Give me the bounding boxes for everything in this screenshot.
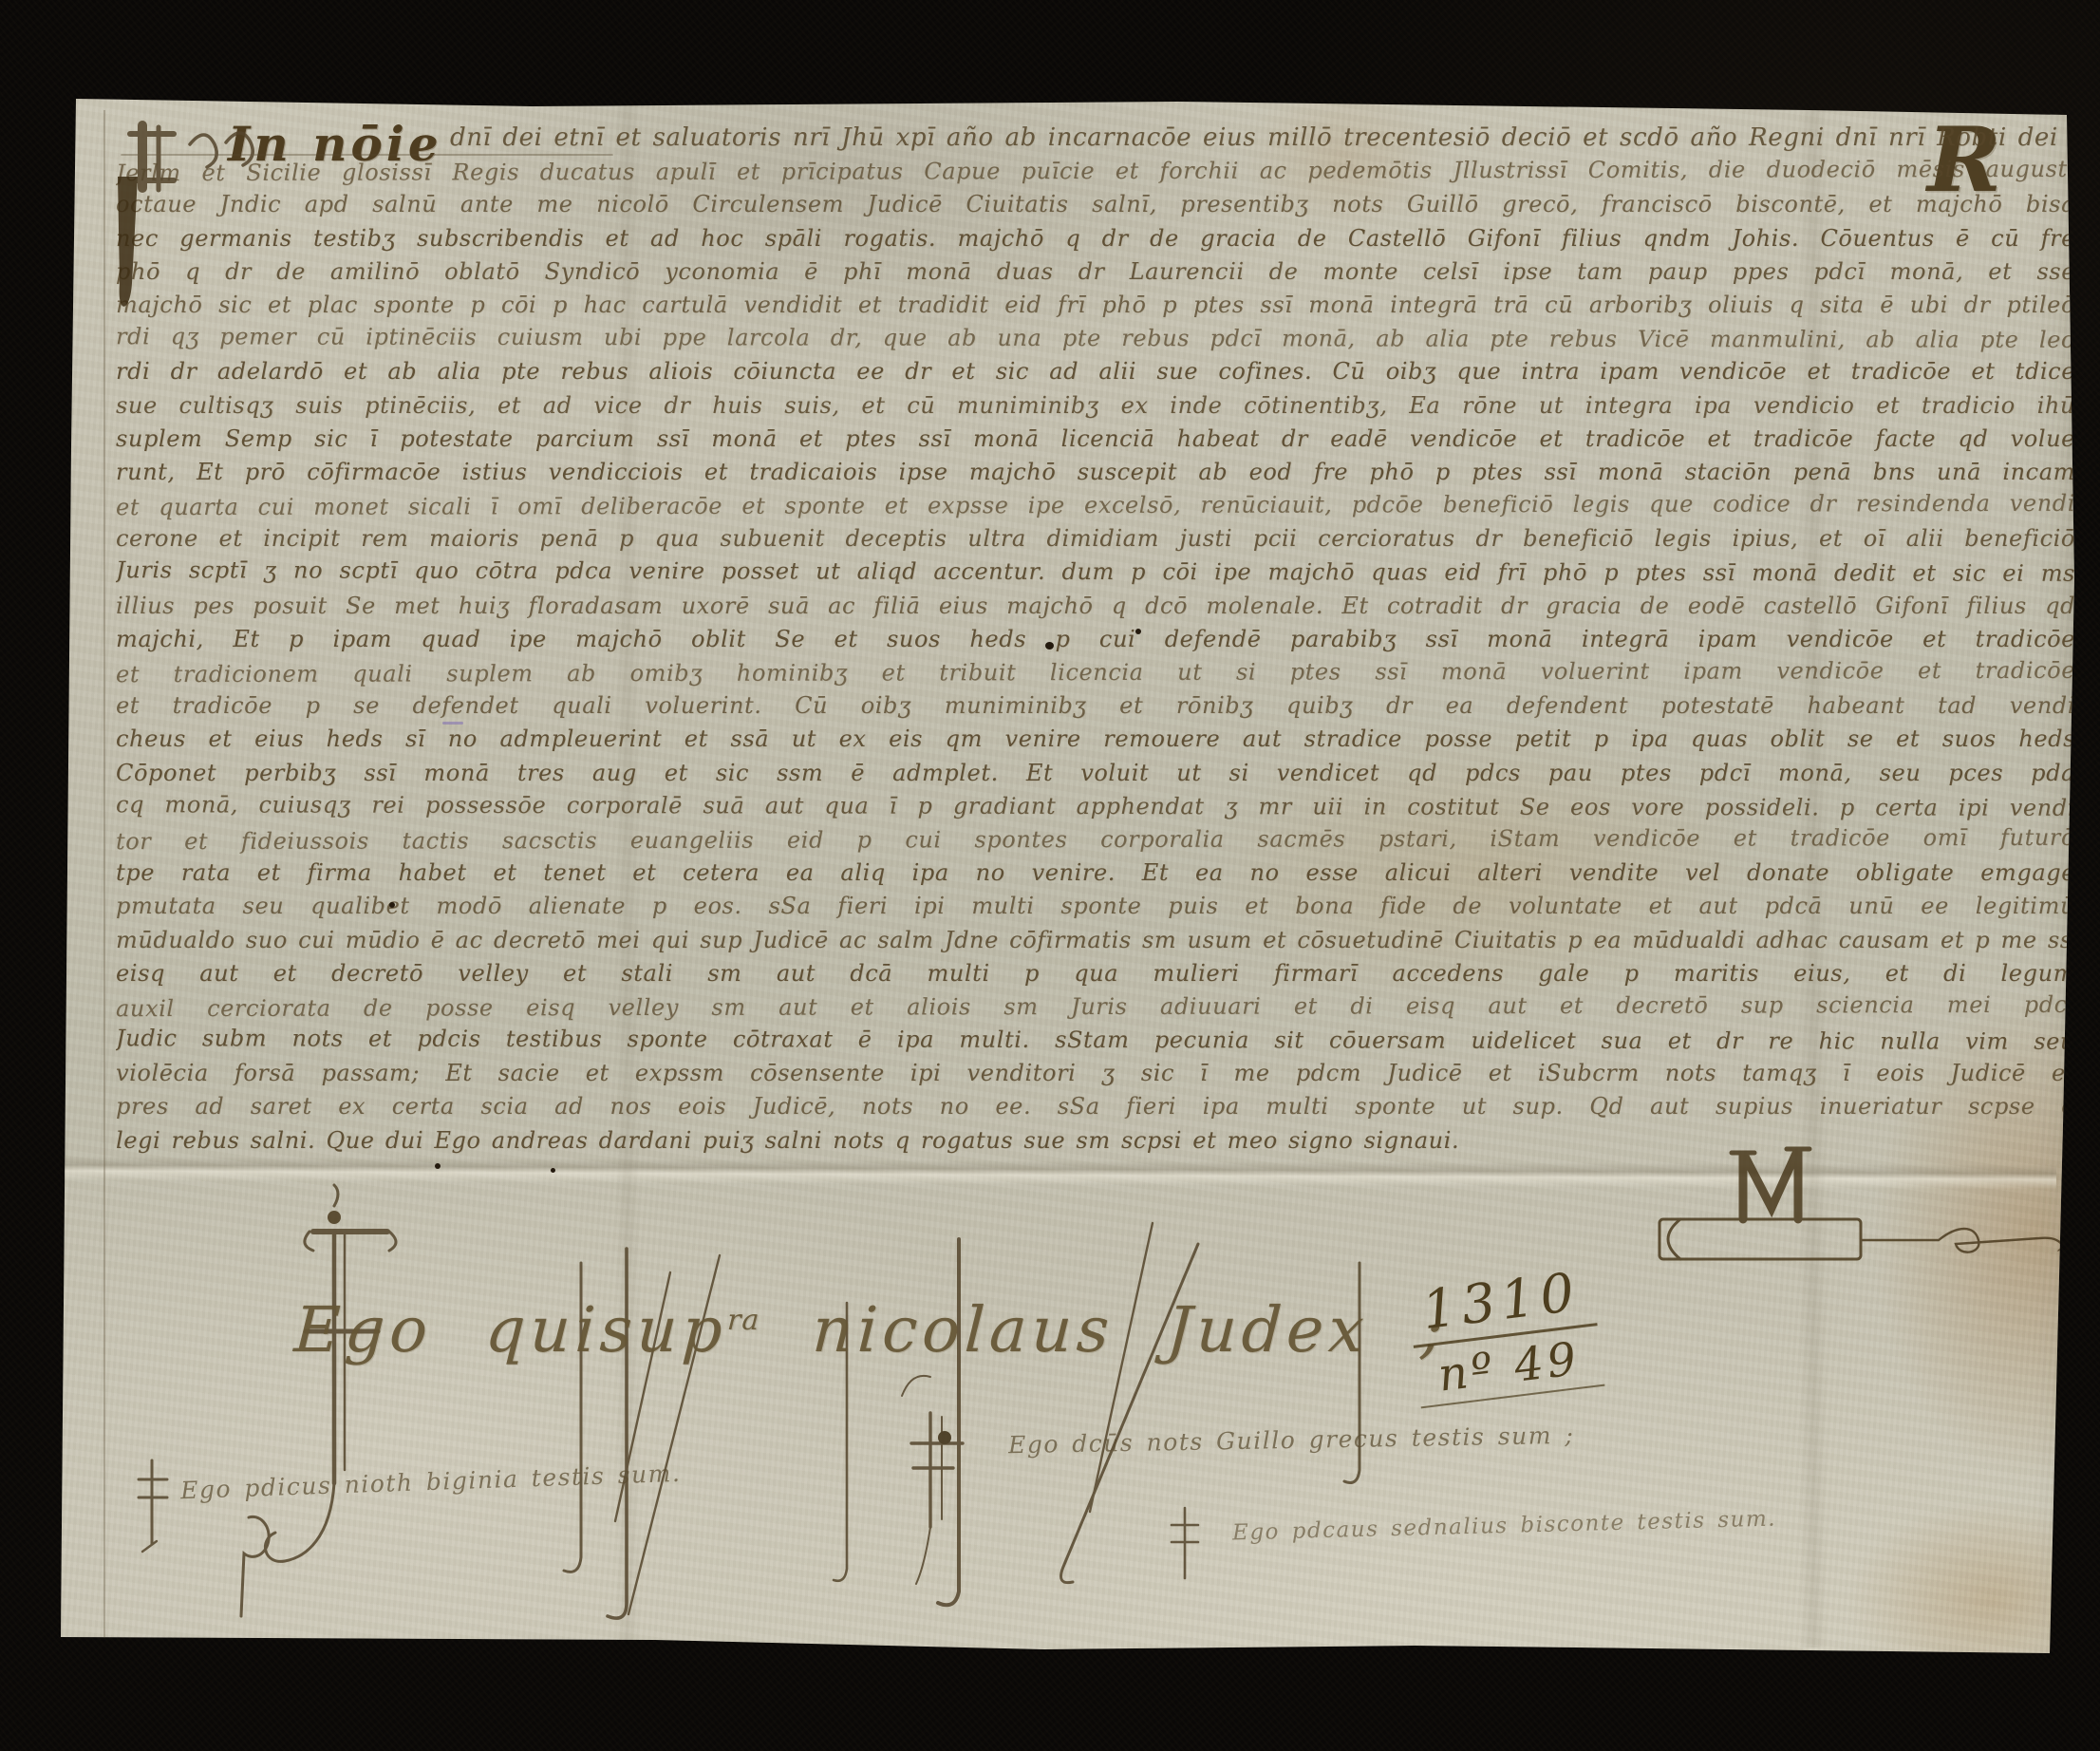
charter-line: Cōponet perbibʒ ssī monā tres aug et sic… — [116, 757, 2075, 790]
charter-line: suplem Semp sic ī potestate parcium ssī … — [116, 423, 2075, 456]
left-margin-ruling — [103, 110, 105, 1639]
charter-line: Judic subm nots et pdcis testibus sponte… — [116, 1022, 2075, 1059]
charter-line: et quarta cui monet sicali ī omī deliber… — [116, 487, 2075, 525]
charter-line: Juris scptī ʒ no scptī quo cōtra pdca ve… — [116, 555, 2075, 592]
charter-line: majchō sic et plac sponte p cōi p hac ca… — [116, 289, 2075, 322]
judge-subscription: Ego quisupra nicolaus Judex ; — [292, 1293, 1450, 1366]
charter-line: eisq aut et decretō velley et stali sm a… — [116, 957, 2075, 990]
judge-subscription-part1: Ego quisup — [292, 1293, 729, 1366]
charter-line: cerone et incipit rem maioris penā p qua… — [116, 522, 2075, 555]
charter-line: tor et fideiussois tactis sacsctis euang… — [116, 821, 2075, 859]
ink-blot — [389, 902, 395, 908]
charter-line: rdi dr adelardō et ab alia pte rebus ali… — [116, 355, 2075, 388]
charter-line: pres ad saret ex certa scia ad nos eois … — [116, 1090, 2075, 1123]
charter-line: illius pes posuit Se met huiʒ floradasam… — [116, 590, 2075, 623]
charter-line: violēcia forsā passam; Et sacie et expss… — [116, 1057, 2075, 1090]
charter-line: sue cultisqʒ suis ptinēciis, et ad vice … — [116, 389, 2075, 423]
violet-mark — [442, 722, 463, 725]
ink-blot — [435, 1163, 441, 1169]
charter-line: rdi qʒ pemer cū iptinēciis cuiusm ubi pp… — [116, 320, 2075, 357]
charter-line: legi rebus salni. Que dui Ego andreas da… — [116, 1124, 2075, 1158]
ink-blot — [551, 1168, 555, 1173]
judge-subscription-part2: nicolaus Judex ; — [811, 1293, 1450, 1366]
charter-line: Jerlm et Sicilie glosissī Regis ducatus … — [116, 153, 2075, 191]
ink-blot — [1135, 629, 1141, 634]
charter-line: mūdualdo suo cui mūdio ē ac decretō mei … — [116, 924, 2075, 957]
charter-line: cheus et eius heds sī no admpleuerint et… — [116, 723, 2075, 756]
charter-line: dnī dei etnī et saluatoris nrī Jhū xpī a… — [116, 122, 2075, 155]
charter-line: tpe rata et firma habet et tenet et cete… — [116, 857, 2075, 890]
charter-line: octaue Jndic apd salnū ante me nicolō Ci… — [116, 188, 2075, 221]
charter-line: cq monā, cuiusqʒ rei possessōe corporalē… — [116, 788, 2075, 825]
parchment-sheet: In nōie R dnī dei etnī et saluatoris nrī… — [0, 0, 2100, 1751]
charter-line: nec germanis testibʒ subscribendis et ad… — [116, 222, 2075, 255]
manuscript-photograph: { "colors": { "backdrop": "#0b0907", "pa… — [0, 0, 2100, 1751]
ink-blot — [1045, 642, 1054, 650]
charter-text-block: In nōie R dnī dei etnī et saluatoris nrī… — [116, 122, 2075, 1158]
charter-line: majchi, Et p ipam quad ipe majchō oblit … — [116, 623, 2075, 656]
charter-line: phō q dr de amilinō oblatō Syndicō ycono… — [116, 255, 2075, 289]
charter-line: runt, Et prō cōfirmacōe istius vendiccio… — [116, 456, 2075, 489]
charter-line: et tradicionem quali suplem ab omibʒ hom… — [116, 654, 2075, 692]
charter-line: auxil cerciorata de posse eisq velley sm… — [116, 988, 2075, 1026]
charter-line: et tradicōe p se defendet quali voluerin… — [116, 689, 2075, 723]
archival-number: 1310 nº 49 — [1406, 1260, 1604, 1409]
judge-subscription-superscript: ra — [726, 1304, 760, 1337]
charter-line: pmutata seu qualibet modō alienate p eos… — [116, 890, 2075, 923]
charter-lines: dnī dei etnī et saluatoris nrī Jhū xpī a… — [116, 122, 2075, 1158]
